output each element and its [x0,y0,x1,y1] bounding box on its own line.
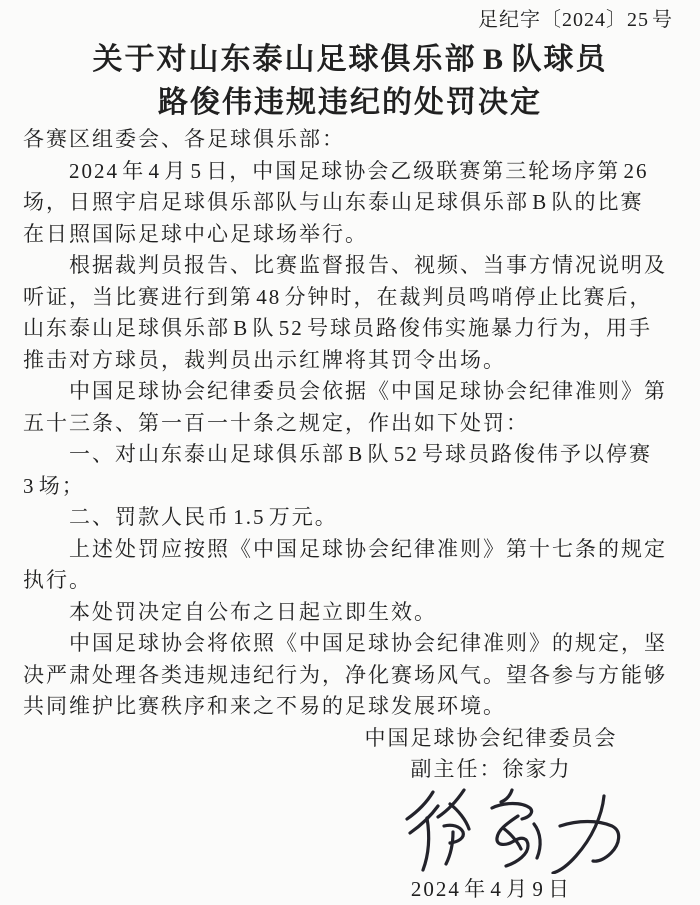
document-number: 足纪字〔2024〕25 号 [0,0,700,32]
document-title: 关于对山东泰山足球俱乐部 B 队球员 路俊伟违规违纪的处罚决定 [0,38,700,124]
body-line: 根据裁判员报告、比赛监督报告、视频、当事方情况说明及 [23,250,675,282]
body-line: 场，日照宇启足球俱乐部队与山东泰山足球俱乐部 B 队的比赛 [23,187,675,219]
body-line: 本处罚决定自公布之日起立即生效。 [23,597,675,629]
penalty-item-1: 一、对山东泰山足球俱乐部 B 队 52 号球员路俊伟予以停赛 [23,439,675,471]
body-line: 上述处罚应按照《中国足球协会纪律准则》第十七条的规定 [23,534,675,566]
signature-block: 中国足球协会纪律委员会 副主任：徐家力 [362,723,620,905]
title-line-2: 路俊伟违规违纪的处罚决定 [0,81,700,124]
document-body: 各赛区组委会、各足球俱乐部： 2024 年 4 月 5 日，中国足球协会乙级联赛… [0,124,700,905]
title-line-1: 关于对山东泰山足球俱乐部 B 队球员 [0,38,700,81]
document-page: 足纪字〔2024〕25 号 关于对山东泰山足球俱乐部 B 队球员 路俊伟违规违纪… [0,0,700,905]
body-line: 听证，当比赛进行到第 48 分钟时，在裁判员鸣哨停止比赛后， [23,282,675,314]
body-line: 五十三条、第一百一十条之规定，作出如下处罚： [23,408,675,440]
body-line: 在日照国际足球中心足球场举行。 [23,219,675,251]
signer-title-name: 副主任：徐家力 [362,754,620,786]
body-line: 中国足球协会纪律委员会依据《中国足球协会纪律准则》第 [23,376,675,408]
penalty-item-2: 二、罚款人民币 1.5 万元。 [23,502,675,534]
body-line: 执行。 [23,565,675,597]
body-line: 推击对方球员，裁判员出示红牌将其罚令出场。 [23,345,675,377]
body-line: 中国足球协会将依照《中国足球协会纪律准则》的规定，坚 [23,628,675,660]
body-line: 山东泰山足球俱乐部 B 队 52 号球员路俊伟实施暴力行为，用手 [23,313,675,345]
body-line: 2024 年 4 月 5 日，中国足球协会乙级联赛第三轮场序第 26 [23,156,675,188]
body-line: 决严肃处理各类违规违纪行为，净化赛场风气。望各参与方能够 [23,660,675,692]
body-line: 共同维护比赛秩序和来之不易的足球发展环境。 [23,691,675,723]
penalty-item-1-cont: 3 场； [23,471,675,503]
salutation-line: 各赛区组委会、各足球俱乐部： [23,124,675,156]
signature-date: 2024 年 4 月 9 日 [362,874,620,905]
handwritten-signature [400,786,630,874]
signing-organization: 中国足球协会纪律委员会 [362,723,620,755]
